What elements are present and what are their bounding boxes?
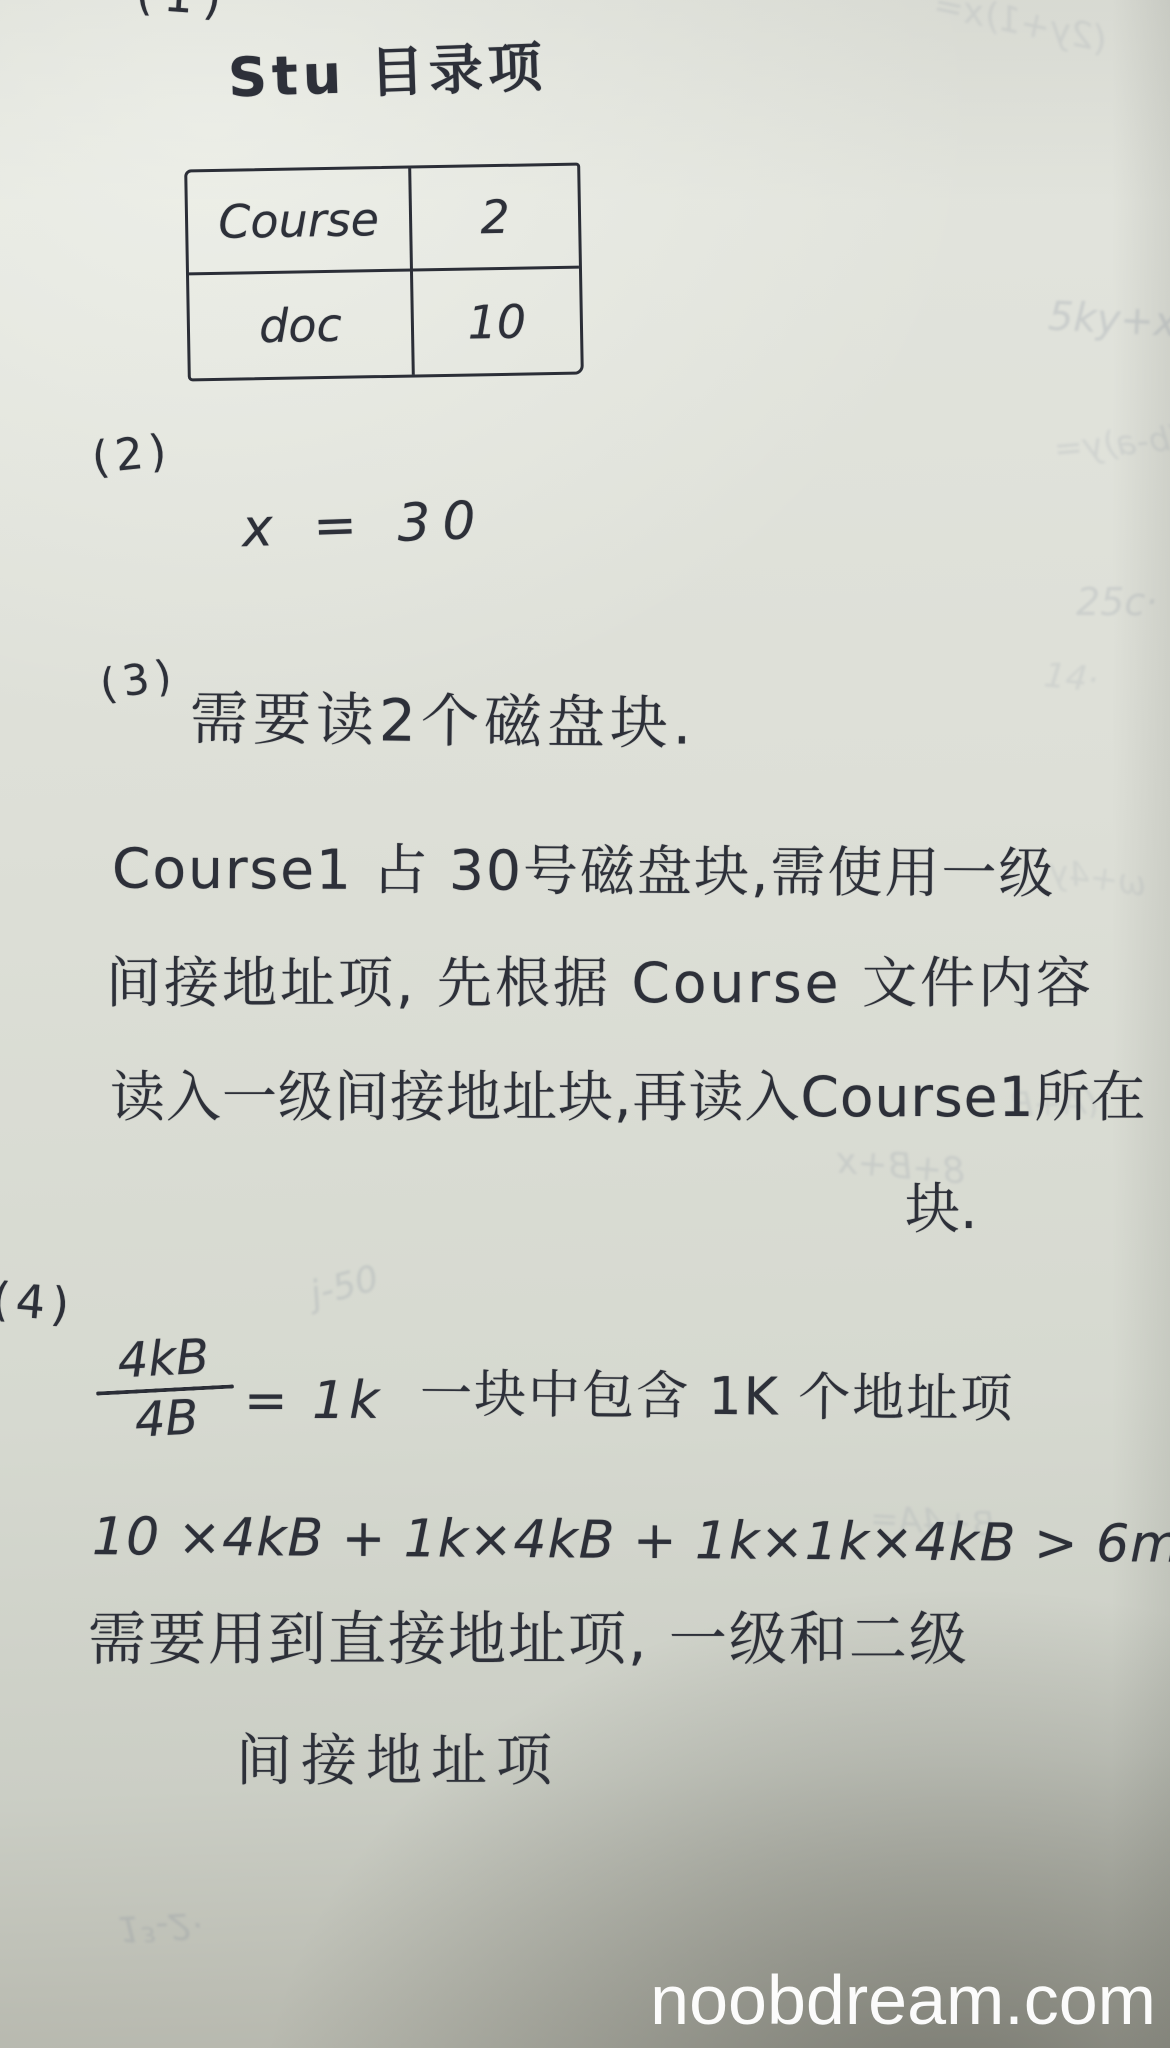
question-1-label: (1) [134, 0, 233, 26]
question-4-note: 一块中包含 1K 个地址项 [420, 1365, 1015, 1430]
table-cell-name: doc [189, 271, 415, 378]
stu-directory-heading: Stu 目录项 [227, 36, 548, 109]
bleedthrough-mark: (b-a)y= [1053, 418, 1170, 469]
bleedthrough-mark: 1³-2· [117, 1904, 204, 1949]
question-4-size-formula: 10 ×4kB + 1k×4kB + 1k×1k×4kB > 6mB [92, 1508, 1170, 1576]
question-3-explanation-line: Course1 占 30号磁盘块,需使用一级 [112, 838, 1056, 906]
directory-entry-table: Course 2 doc 10 [184, 163, 584, 382]
question-3-explanation-line: 间接地址项, 先根据 Course 文件内容 [106, 952, 1094, 1015]
table-cell-value: 2 [411, 166, 579, 272]
bleedthrough-mark: 5ky+x=' [1047, 293, 1170, 348]
bleedthrough-mark: ω+4y [1046, 851, 1149, 904]
table-cell-name: Course [187, 169, 413, 276]
question-3-explanation-line: 块. [905, 1178, 977, 1241]
bleedthrough-mark: 14· [1042, 655, 1100, 700]
question-4-conclusion-line: 需要用到直接地址项, 一级和二级 [88, 1606, 969, 1673]
question-3-explanation-line: 读入一级间接地址块,再读入Course1所在 [110, 1066, 1147, 1129]
question-4-conclusion-line: 间接地址项 [236, 1730, 561, 1794]
fraction-4kb-over-4b: 4kB 4B [93, 1330, 237, 1448]
bleedthrough-mark: j-50 [306, 1258, 383, 1315]
bleedthrough-mark: 25c· [1076, 580, 1157, 624]
table-cell-value: 10 [413, 269, 581, 375]
fraction-denominator: 4B [96, 1391, 236, 1449]
question-2-answer: x = 30 [241, 492, 489, 560]
question-4-label: (4) [0, 1272, 77, 1332]
question-3-label: (3) [97, 651, 180, 710]
question-2-label: (2) [90, 426, 175, 485]
fraction-numerator: 4kB [93, 1330, 233, 1388]
handwritten-notes-photo: (2y+1)x= 5ky+x=' (b-a)y= 25c· 14· ω+4y 8… [0, 0, 1170, 2048]
question-3-answer-line: 需要读2个磁盘块. [190, 685, 697, 757]
site-watermark: noobdream.com [650, 1960, 1156, 2040]
fraction-result: = 1k [244, 1372, 383, 1432]
bleedthrough-mark: (2y+1)x= [930, 0, 1112, 61]
